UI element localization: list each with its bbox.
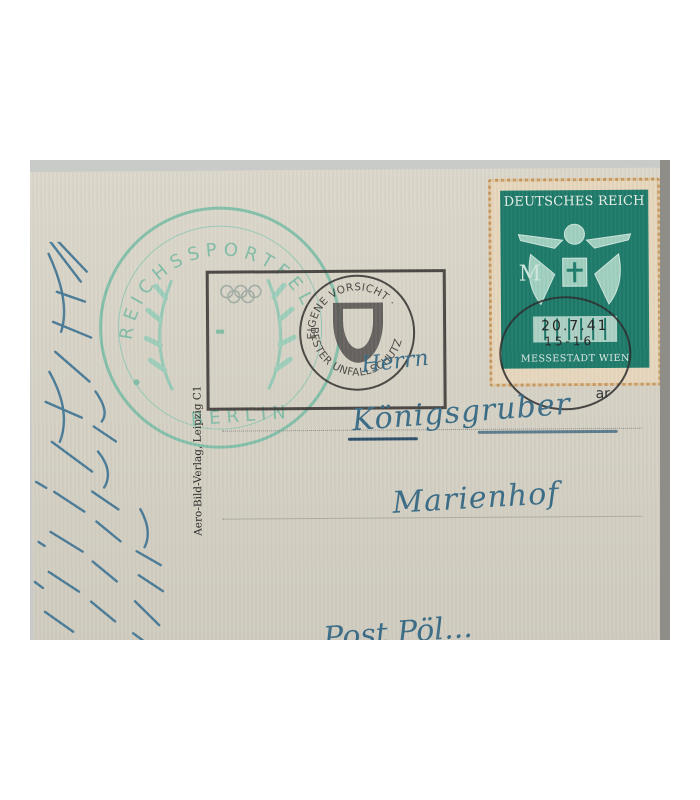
postcard-photo: REICHSSPORTFELD BERLIN <box>30 160 670 640</box>
stamp-inner-ring <box>117 225 322 430</box>
svg-text:M: M <box>519 261 542 286</box>
postmark-code: ar <box>596 386 610 402</box>
stamp-country: DEUTSCHES REICH <box>500 194 648 210</box>
wreath-icon: REICHSSPORTFELD <box>101 209 339 447</box>
postcard: REICHSSPORTFELD BERLIN <box>30 168 665 640</box>
slogan-ring: EIGENE VORSICHT · BESTER UNFALLSCHUTZ <box>299 274 416 391</box>
postmark-ring <box>499 296 632 411</box>
address-partial-line: Post Pöl... <box>322 610 474 640</box>
stamp-design: DEUTSCHES REICH M <box>500 190 649 369</box>
svg-text:REICHSSPORTFELD: REICHSSPORTFELD <box>101 209 319 342</box>
stamp-inscription: MESSESTADT WIEN <box>501 353 649 365</box>
postmark-time: 15-16 <box>544 334 594 348</box>
handwritten-message <box>30 241 203 640</box>
svg-text:EIGENE VORSICHT ·: EIGENE VORSICHT · <box>305 281 398 340</box>
postage-stamp: DEUTSCHES REICH M <box>488 178 661 387</box>
postmark-date: 20.7.41 <box>541 318 609 334</box>
kurrent-script <box>30 241 203 640</box>
publisher-imprint: Aero-Bild-Verlag, Leipzig C1 <box>191 385 204 536</box>
svg-text:BESTER UNFALLSCHUTZ: BESTER UNFALLSCHUTZ <box>308 326 405 379</box>
address-line-2 <box>222 516 642 520</box>
name-underline-right <box>478 430 618 434</box>
stamp-perforation <box>488 178 661 387</box>
green-stamp-bottom-text: BERLIN <box>190 402 292 431</box>
olympic-rings-icon <box>217 283 277 303</box>
address-name: Königsgruber <box>351 387 572 439</box>
card-edge-shadow <box>660 160 670 640</box>
name-underline-left <box>348 437 418 440</box>
address-place: Marienhof <box>391 476 560 521</box>
address-salutation: Herrn <box>360 346 430 378</box>
eagle-crest-icon: M <box>510 214 639 347</box>
ring-text: EIGENE VORSICHT · BESTER UNFALLSCHUTZ <box>301 276 414 389</box>
reichssportfeld-stamp: REICHSSPORTFELD BERLIN <box>98 206 342 450</box>
green-stamp-top-text: REICHSSPORTFELD <box>101 209 319 342</box>
slogan-cancel: EIGENE VORSICHT · BESTER UNFALLSCHUTZ <box>206 269 447 411</box>
shield-icon <box>333 303 383 363</box>
address-line-1 <box>222 428 642 432</box>
